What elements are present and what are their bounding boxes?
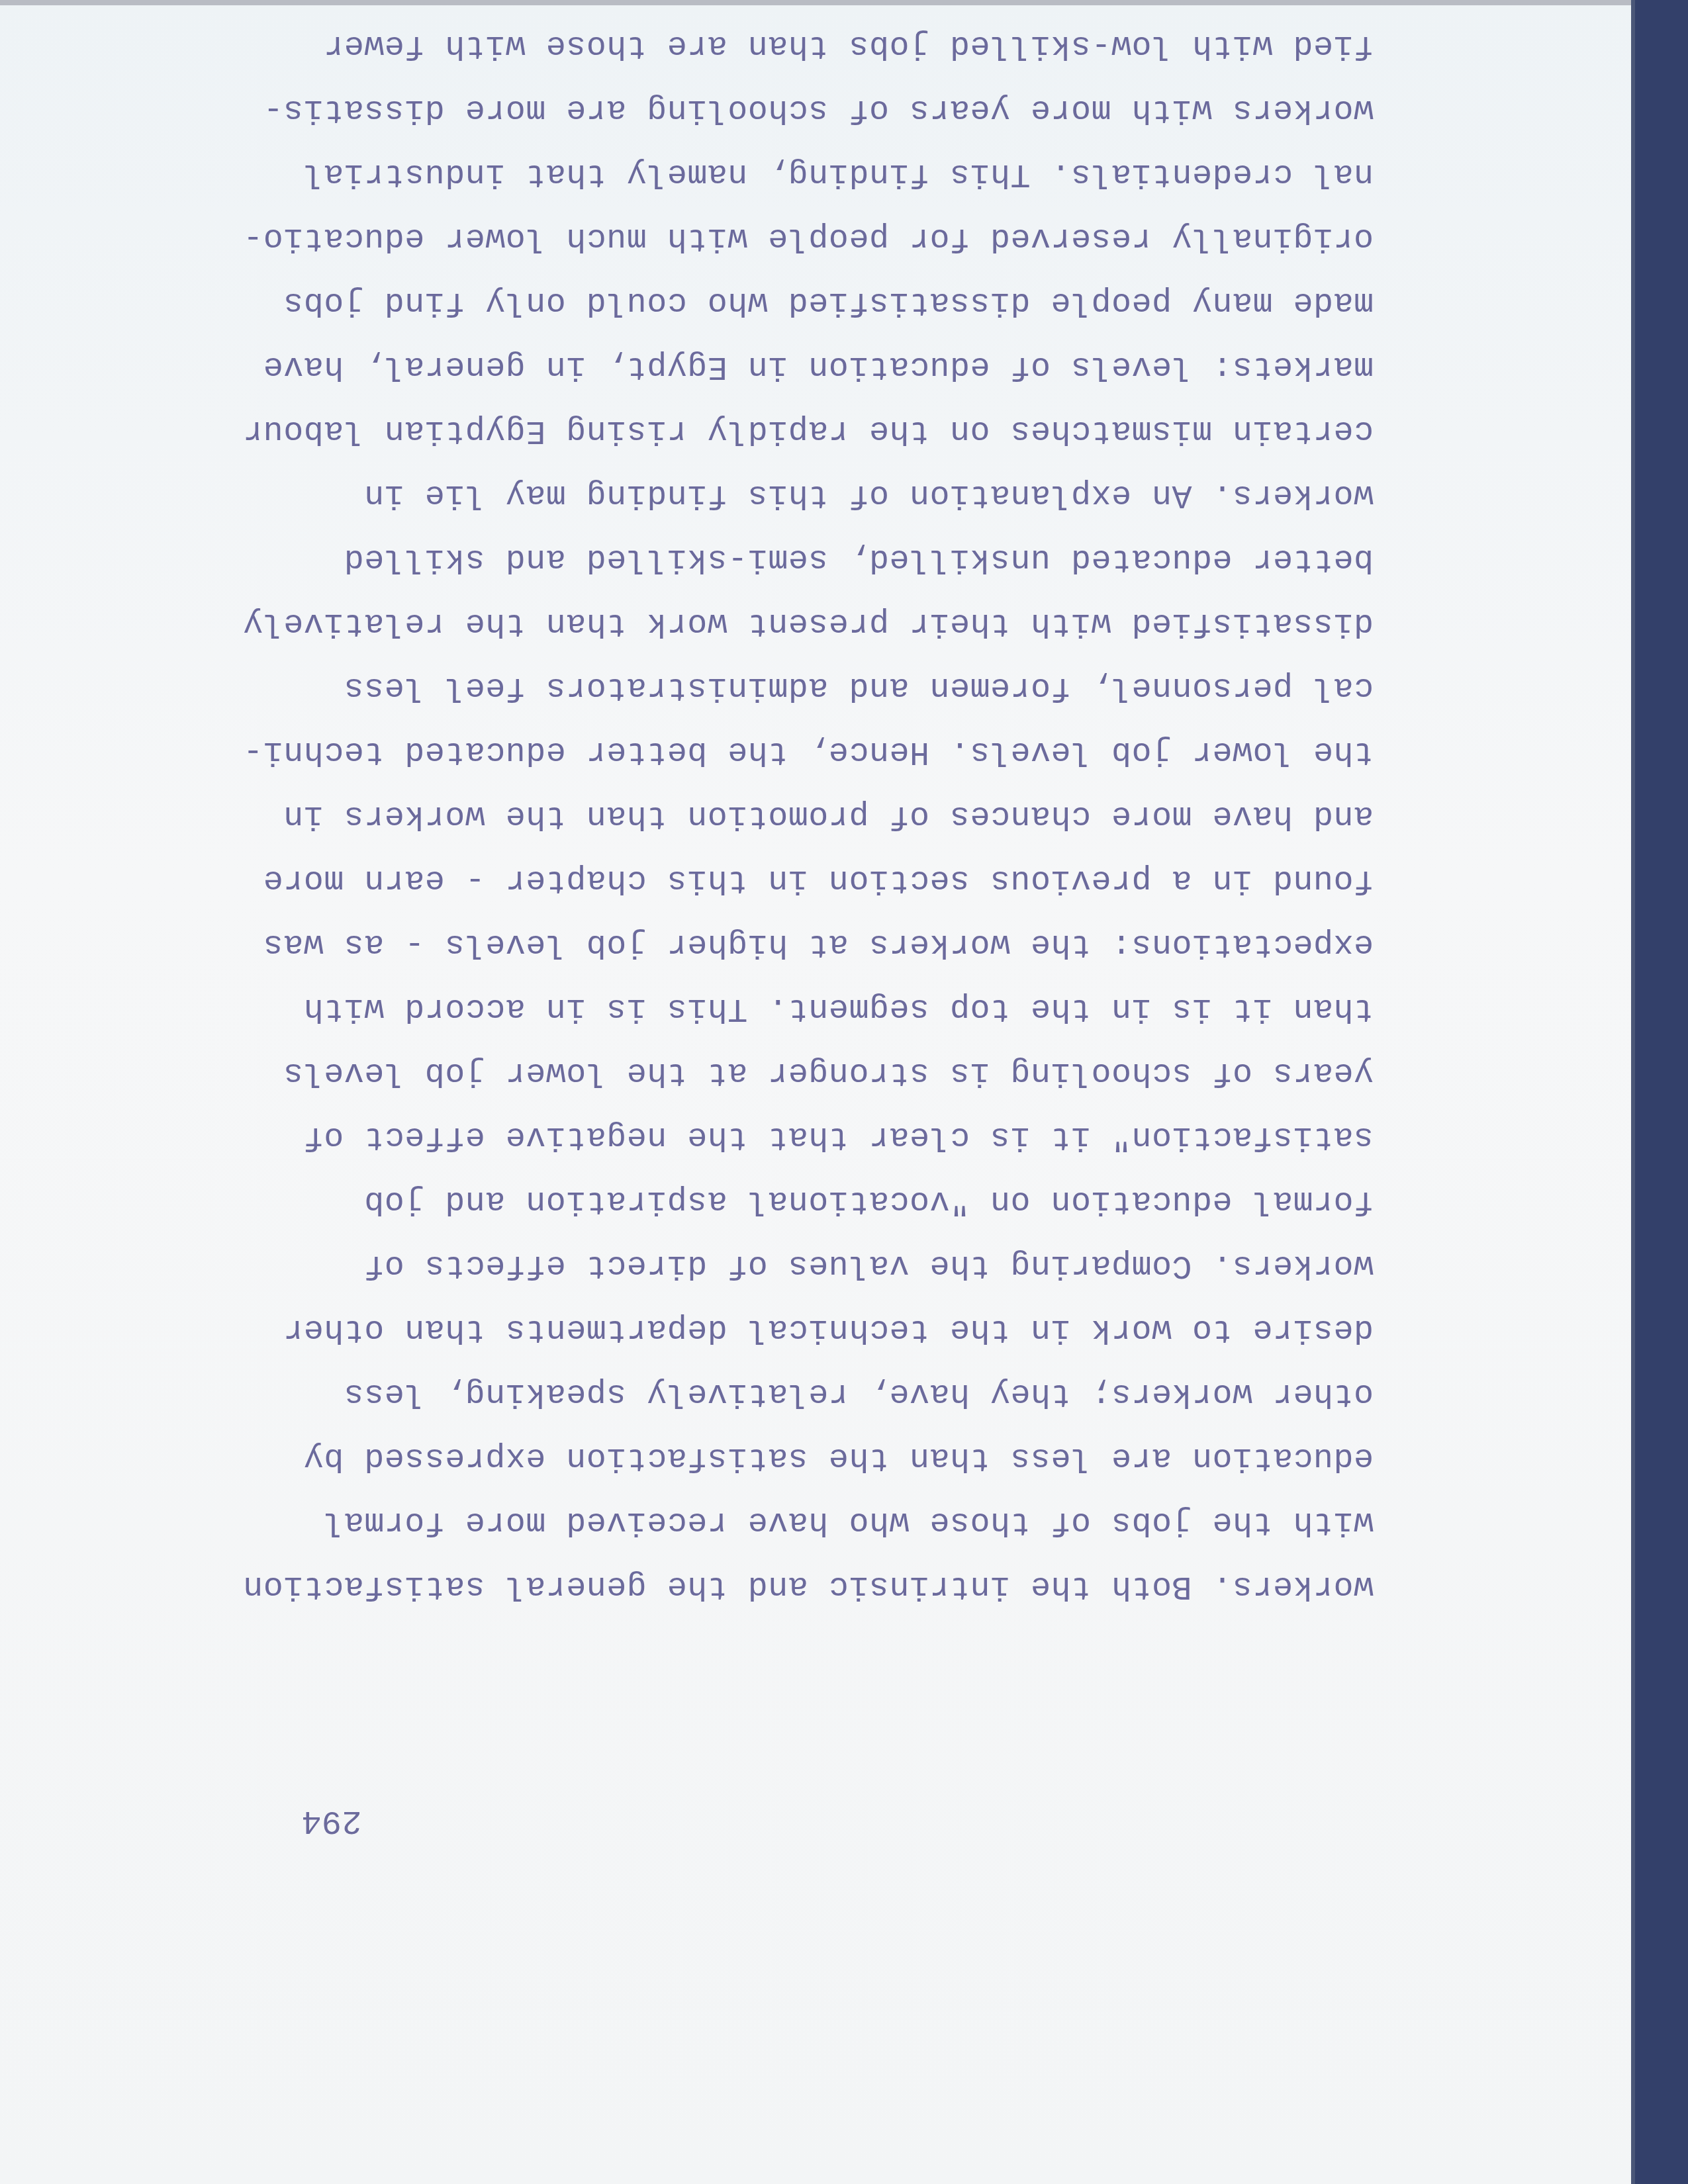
text-line: workers. Comparing the values of direct … [248, 1233, 1374, 1297]
text-line: with the jobs of those who have received… [248, 1490, 1374, 1554]
rotated-page-content: 294 workers. Both the intrinsic and the … [0, 0, 1635, 2184]
text-line: the lower job levels. Hence, the better … [248, 719, 1374, 784]
text-line: years of schooling is stronger at the lo… [248, 1040, 1374, 1105]
page-number-line: 294 [248, 1852, 1374, 1917]
body-text: 294 workers. Both the intrinsic and the … [248, 0, 1374, 2045]
text-line: workers with more years of schooling are… [248, 77, 1374, 142]
page-number: 294 [301, 1801, 362, 1839]
text-line: better educated unskilled, semi-skilled … [248, 527, 1374, 591]
text-line: originally reserved for people with much… [248, 206, 1374, 270]
text-line: found in a previous section in this chap… [248, 848, 1374, 912]
text-line: other workers; they have, relatively spe… [248, 1361, 1374, 1426]
text-line: workers. An explanation of this finding … [248, 463, 1374, 527]
text-line: markets: levels of education in Egypt, i… [248, 334, 1374, 398]
text-line: dissatisfied with their present work tha… [248, 591, 1374, 655]
text-line: made many people dissatisfied who could … [248, 270, 1374, 334]
text-line: workers. Both the intrinsic and the gene… [248, 1554, 1374, 1618]
text-line: certain mismatches on the rapidly rising… [248, 398, 1374, 463]
text-line: years of schooling, appears to be consis… [248, 0, 1374, 13]
text-line: expectations: the workers at higher job … [248, 912, 1374, 976]
text-line: formal education on "vocational aspirati… [248, 1169, 1374, 1233]
scanned-page: 294 workers. Both the intrinsic and the … [0, 0, 1688, 2184]
text-line: satisfaction" it is clear that the negat… [248, 1105, 1374, 1169]
text-line: education are less than the satisfaction… [248, 1426, 1374, 1490]
paragraph: workers. Both the intrinsic and the gene… [248, 0, 1374, 1618]
text-line: and have more chances of promotion than … [248, 784, 1374, 848]
scanner-border [1631, 0, 1688, 2184]
text-line: desire to work in the technical departme… [248, 1297, 1374, 1361]
text-line: than it is in the top segment. This is i… [248, 976, 1374, 1040]
text-line: nal credentials. This finding, namely th… [248, 142, 1374, 206]
text-line: fied with low-skilled jobs than are thos… [248, 13, 1374, 77]
text-line: cal personnel, foremen and administrator… [248, 655, 1374, 719]
